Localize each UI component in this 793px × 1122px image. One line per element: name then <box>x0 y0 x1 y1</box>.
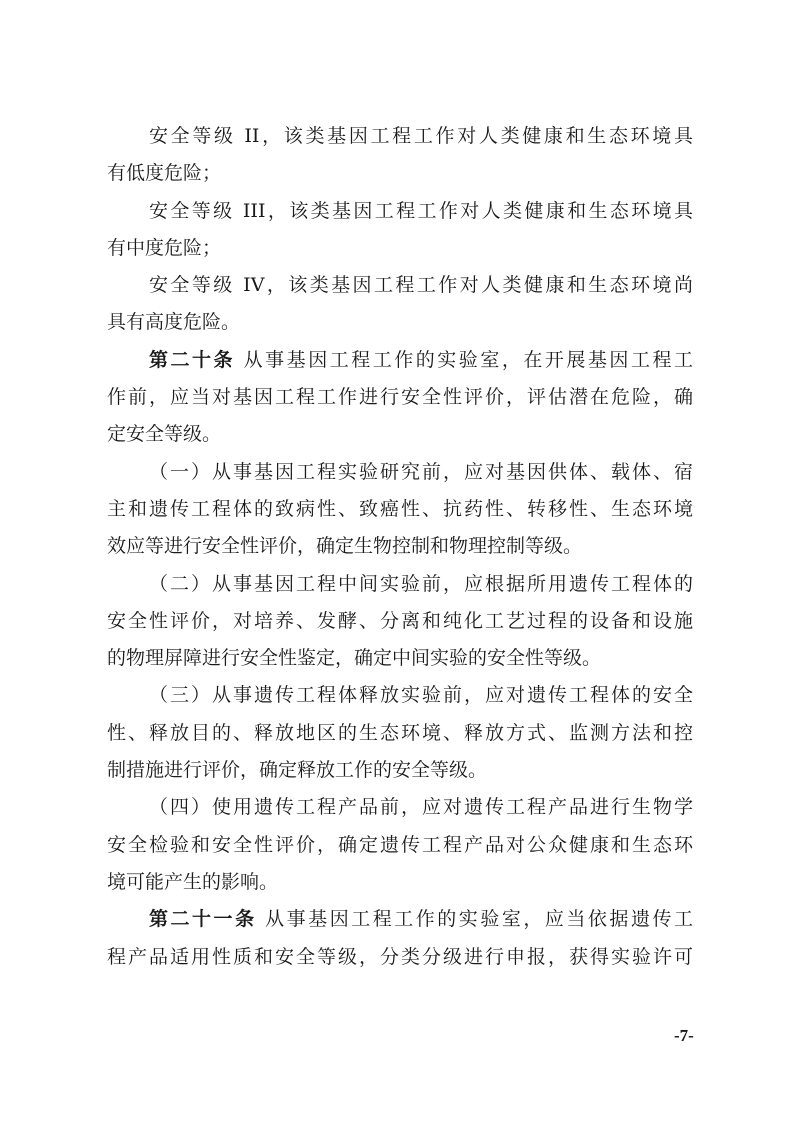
text-line: 有低度危险； <box>107 155 693 192</box>
text-line: 安全等级 II，该类基因工程工作对人类健康和生态环境具 <box>107 118 693 155</box>
text-line: 具有高度危险。 <box>107 304 693 341</box>
text-line: 有中度危险； <box>107 230 693 267</box>
text-line: 定安全等级。 <box>107 416 693 453</box>
text-line: （一）从事基因工程实验研究前，应对基因供体、载体、宿 <box>107 454 693 491</box>
text-line: 制措施进行评价，确定释放工作的安全等级。 <box>107 752 693 789</box>
text-line: （二）从事基因工程中间实验前，应根据所用遗传工程体的 <box>107 566 693 603</box>
text-line: 性、释放目的、释放地区的生态环境、释放方式、监测方法和控 <box>107 715 693 752</box>
text-line: 的物理屏障进行安全性鉴定，确定中间实验的安全性等级。 <box>107 640 693 677</box>
text-line: 效应等进行安全性评价，确定生物控制和物理控制等级。 <box>107 528 693 565</box>
text-line: 境可能产生的影响。 <box>107 864 693 901</box>
text-line: 安全等级 III，该类基因工程工作对人类健康和生态环境具 <box>107 193 693 230</box>
text-line: （四）使用遗传工程产品前，应对遗传工程产品进行生物学 <box>107 789 693 826</box>
page-number: -7- <box>674 1026 694 1046</box>
document-body: 安全等级 II，该类基因工程工作对人类健康和生态环境具 有低度危险； 安全等级 … <box>107 118 693 976</box>
text-span: 从事基因工程工作的实验室，应当依据遗传工 <box>257 908 693 930</box>
text-line: 作前，应当对基因工程工作进行安全性评价，评估潜在危险，确 <box>107 379 693 416</box>
text-span: 从事基因工程工作的实验室，在开展基因工程工 <box>235 349 693 371</box>
article-20-line: 第二十条 从事基因工程工作的实验室，在开展基因工程工 <box>107 342 693 379</box>
text-line: 安全检验和安全性评价，确定遗传工程产品对公众健康和生态环 <box>107 827 693 864</box>
text-line: （三）从事遗传工程体释放实验前，应对遗传工程体的安全 <box>107 677 693 714</box>
article-heading: 第二十条 <box>149 349 235 371</box>
article-21-line: 第二十一条 从事基因工程工作的实验室，应当依据遗传工 <box>107 901 693 938</box>
text-line: 安全等级 IV，该类基因工程工作对人类健康和生态环境尚 <box>107 267 693 304</box>
text-line: 主和遗传工程体的致病性、致癌性、抗药性、转移性、生态环境 <box>107 491 693 528</box>
article-heading: 第二十一条 <box>149 908 257 930</box>
text-line: 安全性评价，对培养、发酵、分离和纯化工艺过程的设备和设施 <box>107 603 693 640</box>
text-line: 程产品适用性质和安全等级，分类分级进行申报，获得实验许可 <box>107 939 693 976</box>
